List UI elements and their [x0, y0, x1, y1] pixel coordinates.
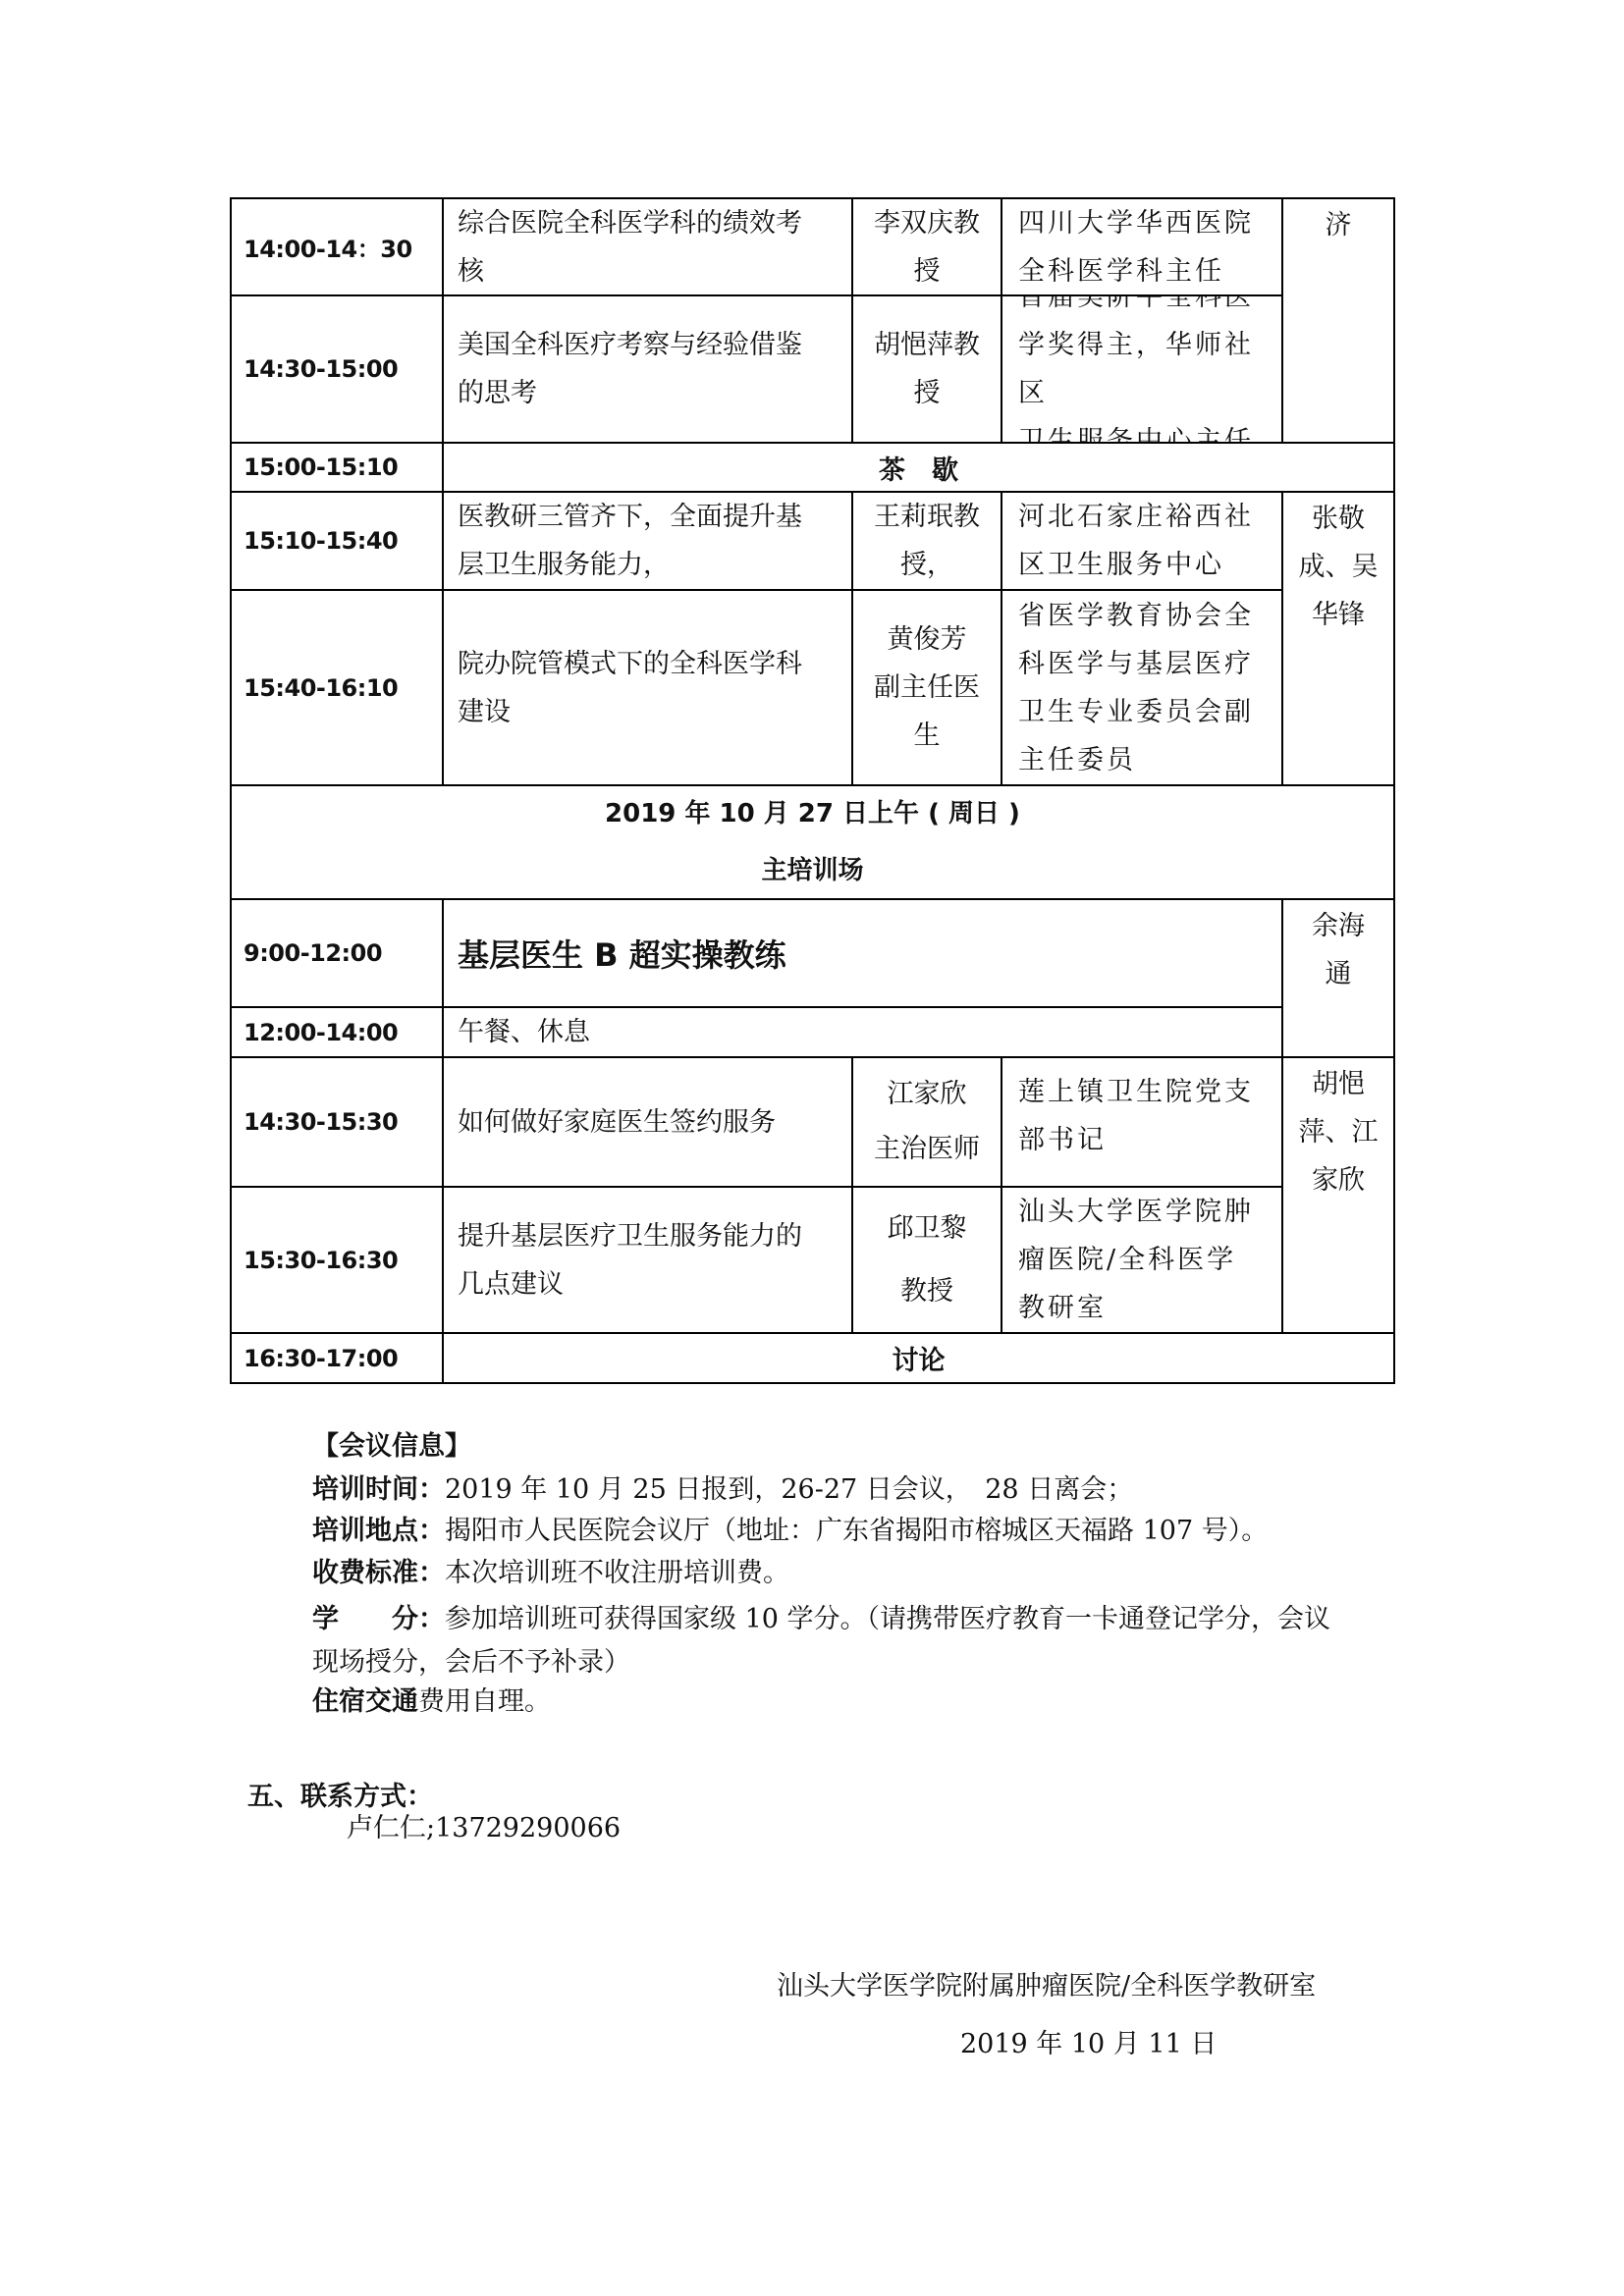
- org-line: 四川大学华西医院: [1018, 199, 1254, 247]
- host-line: 余海: [1312, 902, 1365, 950]
- info-value: 参加培训班可获得国家级 10 学分。（请携带医疗教育一卡通登记学分，会议: [445, 1604, 1330, 1634]
- topic-text: 如何做好家庭医生签约服务: [444, 1098, 785, 1147]
- topic-text: 基层医生 B 超实操教练: [444, 931, 786, 976]
- org-text: 四川大学华西医院 全科医学科主任: [1002, 199, 1260, 295]
- speaker-line: 李双庆教: [874, 199, 980, 247]
- host-text: 胡悒 萍、江 家欣: [1295, 1058, 1382, 1204]
- org-cell: 汕头大学医学院肿 瘤医院/全科医学 教研室: [1001, 1186, 1283, 1334]
- host-cell: 余海 通: [1281, 898, 1395, 1058]
- org-cell: 莲上镇卫生院党支 部书记: [1001, 1056, 1283, 1188]
- discussion-label: 讨论: [893, 1339, 946, 1377]
- speaker-line: 教授: [888, 1260, 967, 1323]
- info-label: 住宿交通: [312, 1686, 418, 1717]
- speaker-text: 李双庆教 授: [870, 199, 984, 295]
- time-cell: 12:00-14:00: [230, 1006, 444, 1058]
- break-cell: 茶 歇: [442, 442, 1395, 493]
- day-header-venue: 主培训场: [761, 842, 863, 899]
- org-line: 首届吴阶平全科医: [1018, 294, 1275, 321]
- topic-line: 层卫生服务能力，: [458, 541, 802, 589]
- topic-cell: 综合医院全科医学科的绩效考 核: [442, 197, 853, 296]
- org-text: 汕头大学医学院肿 瘤医院/全科医学 教研室: [1002, 1188, 1260, 1332]
- info-item-training-time: 培训时间：2019 年 10 月 25 日报到，26-27 日会议， 28 日离…: [312, 1468, 1133, 1511]
- speaker-cell: 黄俊芳 副主任医 生: [851, 589, 1002, 786]
- org-line: 汕头大学医学院肿: [1018, 1188, 1254, 1236]
- host-text: 余海 通: [1308, 900, 1369, 998]
- speaker-cell: 胡悒萍教 授: [851, 294, 1002, 444]
- host-cell: 胡悒 萍、江 家欣: [1281, 1056, 1395, 1334]
- topic-text: 综合医院全科医学科的绩效考 核: [444, 199, 812, 295]
- info-label: 培训地点：: [312, 1516, 445, 1546]
- info-item-fee: 收费标准：本次培训班不收注册培训费。: [312, 1552, 789, 1594]
- contact-line: 卢仁仁;13729290066: [347, 1806, 621, 1844]
- topic-text: 院办院管模式下的全科医学科 建设: [444, 640, 812, 736]
- time-label: 16:30-17:00: [232, 1345, 398, 1372]
- time-cell: 15:10-15:40: [230, 491, 444, 591]
- break-cell: 讨论: [442, 1332, 1395, 1384]
- host-line: 萍、江: [1299, 1108, 1379, 1156]
- topic-line: 综合医院全科医学科的绩效考: [458, 199, 802, 247]
- topic-cell: 提升基层医疗卫生服务能力的 几点建议: [442, 1186, 853, 1334]
- info-value: 2019 年 10 月 25 日报到，26-27 日会议， 28 日离会；: [445, 1474, 1133, 1505]
- time-label: 15:00-15:10: [232, 454, 398, 481]
- speaker-line: 生: [874, 712, 980, 760]
- org-cell: 首届吴阶平全科医 学奖得主，华师社区 卫生服务中心主任: [1001, 294, 1283, 444]
- topic-cell: 基层医生 B 超实操教练: [442, 898, 1283, 1008]
- time-cell: 15:00-15:10: [230, 442, 444, 493]
- topic-cell: 如何做好家庭医生签约服务: [442, 1056, 853, 1188]
- topic-line: 建设: [458, 688, 802, 736]
- topic-line: 院办院管模式下的全科医学科: [458, 640, 802, 688]
- topic-line: 的思考: [458, 369, 802, 417]
- info-label: 学 分：: [312, 1604, 445, 1634]
- info-item-location: 培训地点：揭阳市人民医院会议厅（地址：广东省揭阳市榕城区天福路 107 号）。: [312, 1510, 1268, 1552]
- topic-cell: 院办院管模式下的全科医学科 建设: [442, 589, 853, 786]
- topic-cell: 美国全科医疗考察与经验借鉴 的思考: [442, 294, 853, 444]
- speaker-line: 副主任医: [874, 664, 980, 712]
- break-label: 茶 歇: [879, 449, 958, 487]
- time-cell: 15:40-16:10: [230, 589, 444, 786]
- org-line: 省医学教育协会全: [1018, 592, 1254, 640]
- org-line: 主任委员: [1018, 736, 1254, 784]
- host-text: 张敬 成、吴 华锋: [1295, 493, 1382, 639]
- topic-line: 几点建议: [458, 1260, 802, 1308]
- speaker-line: 主治医师: [874, 1122, 980, 1177]
- speaker-cell: 邱卫黎 教授: [851, 1186, 1002, 1334]
- host-line: 济: [1326, 201, 1352, 249]
- org-line: 科医学与基层医疗: [1018, 640, 1254, 688]
- org-text: 首届吴阶平全科医 学奖得主，华师社区 卫生服务中心主任: [1002, 294, 1281, 444]
- time-label: 14:30-15:30: [232, 1108, 398, 1136]
- info-value: 揭阳市人民医院会议厅（地址：广东省揭阳市榕城区天福路 107 号）。: [445, 1516, 1268, 1546]
- org-line: 部书记: [1018, 1116, 1254, 1164]
- time-cell: 14:30-15:30: [230, 1056, 444, 1188]
- host-line: 华锋: [1299, 591, 1379, 639]
- org-line: 卫生专业委员会副: [1018, 688, 1254, 736]
- speaker-text: 黄俊芳 副主任医 生: [870, 615, 984, 760]
- speaker-line: 邱卫黎: [888, 1198, 967, 1260]
- footer-date: 2019 年 10 月 11 日: [960, 2022, 1217, 2060]
- time-label: 15:30-16:30: [232, 1247, 398, 1274]
- org-line: 教研室: [1018, 1284, 1254, 1332]
- org-line: 卫生服务中心主任: [1018, 417, 1275, 444]
- time-label: 9:00-12:00: [232, 939, 382, 967]
- speaker-line: 授: [874, 369, 980, 417]
- info-label: 培训时间：: [312, 1474, 445, 1505]
- host-text: 济: [1322, 199, 1356, 249]
- speaker-text: 王莉珉教 授，: [870, 493, 984, 589]
- topic-cell: 医教研三管齐下，全面提升基 层卫生服务能力，: [442, 491, 853, 591]
- host-cell: 张敬 成、吴 华锋: [1281, 491, 1395, 786]
- time-label: 14:30-15:00: [232, 355, 398, 383]
- topic-line: 核: [458, 247, 802, 295]
- info-item-credits: 学 分：参加培训班可获得国家级 10 学分。（请携带医疗教育一卡通登记学分，会议: [312, 1598, 1330, 1640]
- org-cell: 四川大学华西医院 全科医学科主任: [1001, 197, 1283, 296]
- org-text: 莲上镇卫生院党支 部书记: [1002, 1058, 1260, 1164]
- info-item-lodging: 住宿交通费用自理。: [312, 1681, 551, 1723]
- topic-line: 美国全科医疗考察与经验借鉴: [458, 321, 802, 369]
- org-text: 省医学教育协会全 科医学与基层医疗 卫生专业委员会副 主任委员: [1002, 592, 1260, 784]
- info-item-credits-cont: 现场授分，会后不予补录）: [312, 1641, 630, 1683]
- speaker-line: 胡悒萍教: [874, 321, 980, 369]
- time-cell: 14:30-15:00: [230, 294, 444, 444]
- org-line: 学奖得主，华师社区: [1018, 321, 1275, 417]
- speaker-line: 黄俊芳: [874, 615, 980, 664]
- time-label: 14:00-14：30: [232, 230, 412, 264]
- speaker-line: 授: [874, 247, 980, 295]
- org-line: 区卫生服务中心: [1018, 541, 1254, 589]
- org-line: 全科医学科主任: [1018, 247, 1254, 295]
- topic-text: 美国全科医疗考察与经验借鉴 的思考: [444, 321, 812, 417]
- day-header: 2019 年 10 月 27 日上午 ( 周日 ) 主培训场: [230, 784, 1395, 900]
- footer-organization: 汕头大学医学院附属肿瘤医院/全科医学教研室: [777, 1964, 1316, 2002]
- org-line: 河北石家庄裕西社: [1018, 493, 1254, 541]
- time-cell: 14:00-14：30: [230, 197, 444, 296]
- topic-text: 提升基层医疗卫生服务能力的 几点建议: [444, 1212, 812, 1308]
- speaker-line: 江家欣: [874, 1067, 980, 1122]
- org-cell: 河北石家庄裕西社 区卫生服务中心: [1001, 491, 1283, 591]
- speaker-text: 江家欣 主治医师: [870, 1067, 984, 1177]
- speaker-text: 邱卫黎 教授: [884, 1198, 971, 1323]
- info-value: 费用自理。: [418, 1686, 551, 1717]
- host-line: 张敬: [1299, 495, 1379, 543]
- time-cell: 16:30-17:00: [230, 1332, 444, 1384]
- topic-text: 午餐、休息: [444, 1008, 600, 1056]
- info-value: 现场授分，会后不予补录）: [312, 1647, 630, 1678]
- org-line: 瘤医院/全科医学: [1018, 1236, 1254, 1284]
- speaker-line: 王莉珉教: [874, 493, 980, 541]
- org-cell: 省医学教育协会全 科医学与基层医疗 卫生专业委员会副 主任委员: [1001, 589, 1283, 786]
- time-label: 15:40-16:10: [232, 674, 398, 702]
- speaker-line: 授，: [874, 541, 980, 589]
- topic-line: 医教研三管齐下，全面提升基: [458, 493, 802, 541]
- info-value: 本次培训班不收注册培训费。: [445, 1558, 789, 1588]
- host-line: 通: [1312, 950, 1365, 998]
- topic-line: 提升基层医疗卫生服务能力的: [458, 1212, 802, 1260]
- speaker-cell: 李双庆教 授: [851, 197, 1002, 296]
- org-text: 河北石家庄裕西社 区卫生服务中心: [1002, 493, 1260, 589]
- meeting-info-heading: 【会议信息】: [312, 1425, 471, 1468]
- day-header-date: 2019 年 10 月 27 日上午 ( 周日 ): [605, 785, 1020, 842]
- time-label: 12:00-14:00: [232, 1019, 398, 1046]
- info-label: 收费标准：: [312, 1558, 445, 1588]
- host-line: 家欣: [1299, 1156, 1379, 1204]
- org-line: 莲上镇卫生院党支: [1018, 1068, 1254, 1116]
- time-cell: 15:30-16:30: [230, 1186, 444, 1334]
- host-line: 胡悒: [1299, 1060, 1379, 1108]
- host-line: 成、吴: [1299, 543, 1379, 591]
- time-cell: 9:00-12:00: [230, 898, 444, 1008]
- topic-text: 医教研三管齐下，全面提升基 层卫生服务能力，: [444, 493, 812, 589]
- host-cell: 济: [1281, 197, 1395, 444]
- speaker-text: 胡悒萍教 授: [870, 321, 984, 417]
- time-label: 15:10-15:40: [232, 527, 398, 555]
- speaker-cell: 江家欣 主治医师: [851, 1056, 1002, 1188]
- section-heading: 【会议信息】: [312, 1431, 471, 1462]
- speaker-cell: 王莉珉教 授，: [851, 491, 1002, 591]
- topic-cell: 午餐、休息: [442, 1006, 1283, 1058]
